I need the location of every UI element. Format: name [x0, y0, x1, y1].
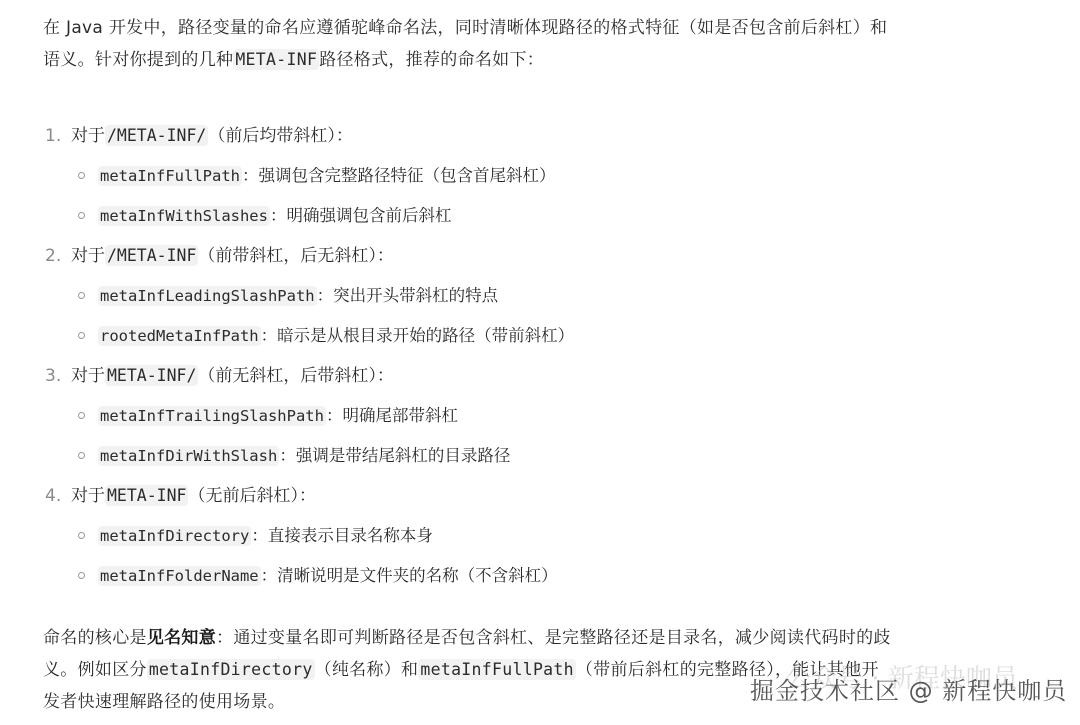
intro-paragraph: 在 Java 开发中，路径变量的命名应遵循驼峰命名法，同时清晰体现路径的格式特征…	[43, 12, 1043, 76]
variable-name: metaInfFolderName	[98, 566, 261, 586]
list-item: 3. 对于META-INF/（前无斜杠，后带斜杠）： metaInfTraili…	[43, 356, 1043, 476]
inline-code: META-INF	[105, 485, 188, 506]
variable-name: metaInfDirWithSlash	[98, 446, 279, 466]
variable-name: metaInfLeadingSlashPath	[98, 286, 317, 306]
sub-list: metaInfTrailingSlashPath：明确尾部带斜杠 metaInf…	[71, 396, 1043, 476]
document-body: 在 Java 开发中，路径变量的命名应遵循驼峰命名法，同时清晰体现路径的格式特征…	[43, 12, 1043, 76]
list-item-heading: 对于META-INF（无前后斜杠）：	[71, 476, 1043, 516]
emphasis-text: 见名知意	[147, 628, 216, 648]
hollow-bullet-icon	[78, 332, 85, 339]
list-number: 3.	[45, 356, 61, 396]
naming-list: 1. 对于/META-INF/（前后均带斜杠）： metaInfFullPath…	[43, 116, 1043, 596]
hollow-bullet-icon	[78, 412, 85, 419]
sub-list-item: metaInfDirectory：直接表示目录名称本身	[71, 516, 1043, 556]
variable-name: metaInfWithSlashes	[98, 206, 270, 226]
inline-code: /META-INF	[105, 245, 198, 266]
sub-list-item: rootedMetaInfPath：暗示是从根目录开始的路径（带前斜杠）	[71, 316, 1043, 356]
list-item-heading: 对于/META-INF（前带斜杠，后无斜杠）：	[71, 236, 1043, 276]
sub-list: metaInfLeadingSlashPath：突出开头带斜杠的特点 roote…	[71, 276, 1043, 356]
hollow-bullet-icon	[78, 532, 85, 539]
inline-code: META-INF/	[105, 365, 198, 386]
intro-line2-post: 路径格式，推荐的命名如下：	[319, 50, 544, 70]
list-item-heading: 对于META-INF/（前无斜杠，后带斜杠）：	[71, 356, 1043, 396]
list-item: 2. 对于/META-INF（前带斜杠，后无斜杠）： metaInfLeadin…	[43, 236, 1043, 356]
intro-line1: 在 Java 开发中，路径变量的命名应遵循驼峰命名法，同时清晰体现路径的格式特征…	[43, 18, 887, 38]
hollow-bullet-icon	[78, 292, 85, 299]
variable-name: metaInfFullPath	[98, 166, 242, 186]
inline-code: metaInfFullPath	[418, 659, 576, 680]
list-number: 1.	[45, 116, 61, 156]
sub-list-item: metaInfFullPath：强调包含完整路径特征（包含首尾斜杠）	[71, 156, 1043, 196]
intro-line2-pre: 语义。针对你提到的几种	[43, 50, 233, 70]
sub-list-item: metaInfLeadingSlashPath：突出开头带斜杠的特点	[71, 276, 1043, 316]
list-item: 1. 对于/META-INF/（前后均带斜杠）： metaInfFullPath…	[43, 116, 1043, 236]
list-item-heading: 对于/META-INF/（前后均带斜杠）：	[71, 116, 1043, 156]
hollow-bullet-icon	[78, 572, 85, 579]
sub-list-item: metaInfFolderName：清晰说明是文件夹的名称（不含斜杠）	[71, 556, 1043, 596]
hollow-bullet-icon	[78, 172, 85, 179]
sub-list: metaInfDirectory：直接表示目录名称本身 metaInfFolde…	[71, 516, 1043, 596]
list-number: 4.	[45, 476, 61, 516]
hollow-bullet-icon	[78, 212, 85, 219]
sub-list-item: metaInfTrailingSlashPath：明确尾部带斜杠	[71, 396, 1043, 436]
variable-name: metaInfDirectory	[98, 526, 251, 546]
variable-name: rootedMetaInfPath	[98, 326, 261, 346]
list-item: 4. 对于META-INF（无前后斜杠）： metaInfDirectory：直…	[43, 476, 1043, 596]
sub-list-item: metaInfDirWithSlash：强调是带结尾斜杠的目录路径	[71, 436, 1043, 476]
inline-code: META-INF	[233, 49, 319, 70]
inline-code: /META-INF/	[105, 125, 208, 146]
hollow-bullet-icon	[78, 452, 85, 459]
variable-name: metaInfTrailingSlashPath	[98, 406, 326, 426]
sub-list-item: metaInfWithSlashes：明确强调包含前后斜杠	[71, 196, 1043, 236]
watermark: 掘金技术社区 @ 新程快咖员	[750, 671, 1067, 706]
inline-code: metaInfDirectory	[147, 659, 315, 680]
sub-list: metaInfFullPath：强调包含完整路径特征（包含首尾斜杠） metaI…	[71, 156, 1043, 236]
list-number: 2.	[45, 236, 61, 276]
